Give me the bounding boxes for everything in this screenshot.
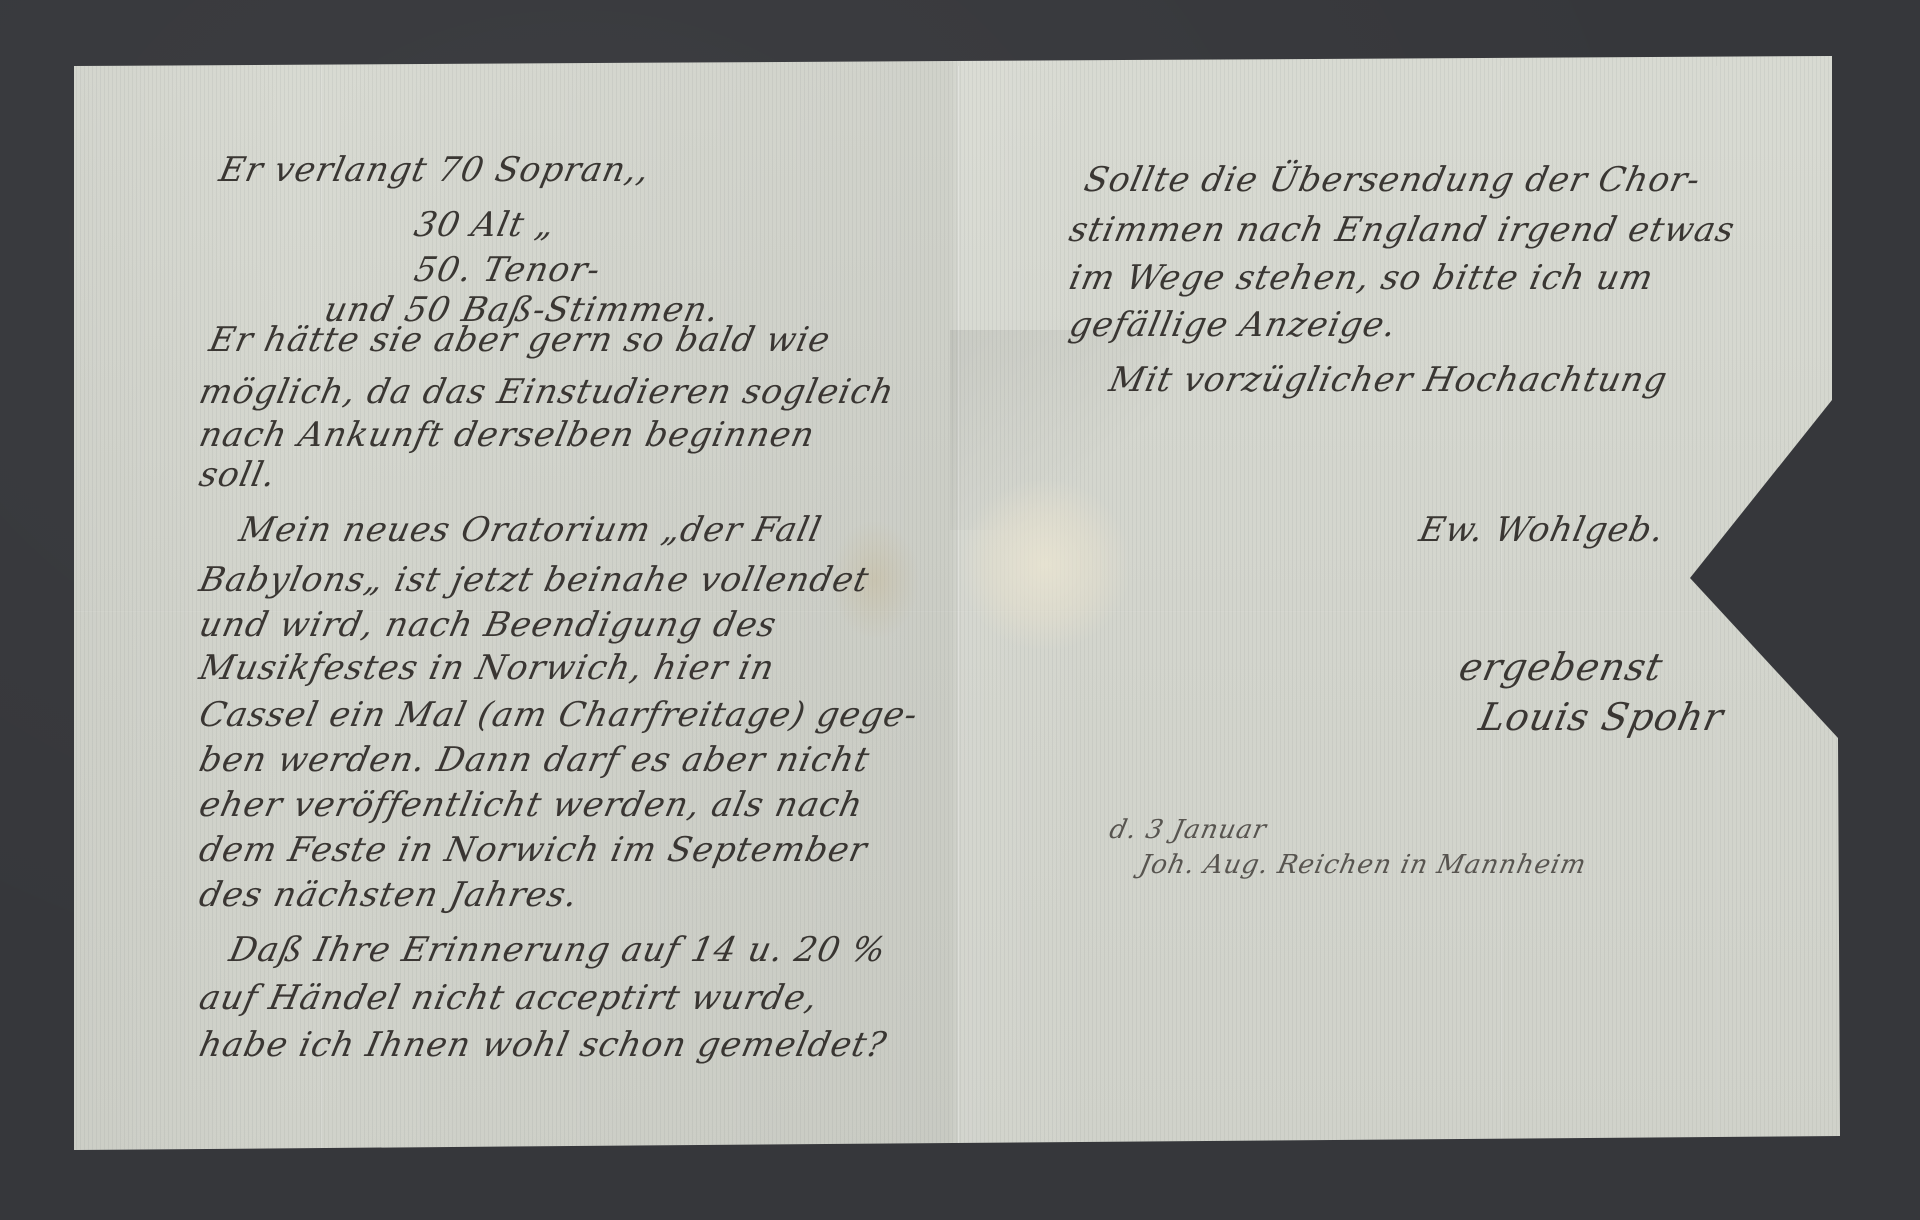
text-line: nach Ankunft derselben beginnen xyxy=(196,415,819,455)
center-fold xyxy=(957,66,960,1148)
text-line: 30 Alt „ xyxy=(411,205,559,245)
text-line: 50. Tenor- xyxy=(411,250,605,290)
letter-sheet: Er verlangt 70 Sopran,, 30 Alt „ 50. Ten… xyxy=(0,0,1920,1220)
signature: Louis Spohr xyxy=(1475,695,1728,739)
text-line: habe ich Ihnen wohl schon gemeldet? xyxy=(196,1025,891,1065)
text-line: Cassel ein Mal (am Charfreitage) gege- xyxy=(196,695,922,735)
text-line: Daß Ihre Erinnerung auf 14 u. 20 % xyxy=(226,930,890,970)
text-line: stimmen nach England irgend etwas xyxy=(1066,210,1739,250)
text-line: auf Händel nicht acceptirt wurde, xyxy=(196,978,822,1018)
text-line: möglich, da das Einstudieren sogleich xyxy=(196,372,898,412)
text-line: im Wege stehen, so bitte ich um xyxy=(1066,258,1658,298)
text-line: soll. xyxy=(196,455,280,495)
text-line: Er hätte sie aber gern so bald wie xyxy=(206,320,834,360)
text-line: Babylons„ ist jetzt beinahe vollendet xyxy=(196,560,873,600)
wax-seal-residue xyxy=(960,480,1130,650)
text-line: eher veröffentlicht werden, als nach xyxy=(196,785,867,825)
text-line: Mit vorzüglicher Hochachtung xyxy=(1106,360,1672,400)
closing-phrase: ergebenst xyxy=(1455,645,1667,689)
text-line: dem Feste in Norwich im September xyxy=(196,830,871,870)
text-line: Er verlangt 70 Sopran,, xyxy=(216,150,654,190)
text-line: ben werden. Dann darf es aber nicht xyxy=(196,740,874,780)
text-line: des nächsten Jahres. xyxy=(196,875,582,915)
postscript-address: Joh. Aug. Reichen in Mannheim xyxy=(1137,850,1589,880)
text-line: Mein neues Oratorium „der Fall xyxy=(236,510,826,550)
text-line: gefällige Anzeige. xyxy=(1066,305,1401,345)
text-line: Sollte die Übersendung der Chor- xyxy=(1081,160,1705,200)
postscript-date: d. 3 Januar xyxy=(1107,815,1270,845)
salutation: Ew. Wohlgeb. xyxy=(1416,510,1668,550)
text-line: Musikfestes in Norwich, hier in xyxy=(196,648,779,688)
text-line: und wird, nach Beendigung des xyxy=(196,605,781,645)
